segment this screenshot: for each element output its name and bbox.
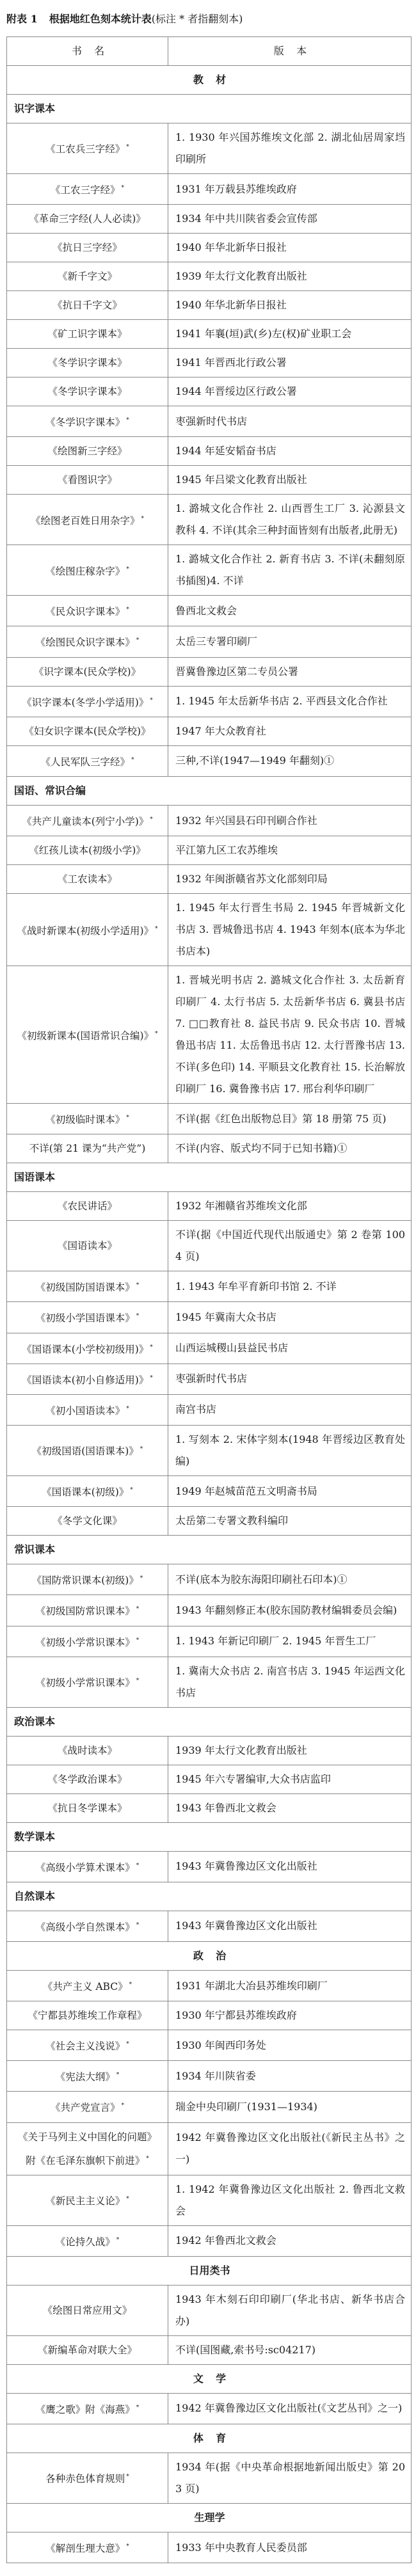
table-row: 《新千字文》1939 年太行文化教育出版社 bbox=[7, 262, 412, 291]
table-row: 《初级小学国语课本》*1945 年冀南大众书店 bbox=[7, 1302, 412, 1333]
version-cell: 1945 年冀南大众书店 bbox=[168, 1302, 412, 1333]
book-name: 《战时新课本(初级小学适用)》 bbox=[17, 925, 154, 937]
reprint-mark: * bbox=[140, 1575, 143, 1582]
book-name-cell: 《新民主主义论》* bbox=[7, 2175, 168, 2225]
table-row: 不详(第 21 课为“共产党”)不详(内容、版式均不同于已知书籍)① bbox=[7, 1134, 412, 1163]
version-cell: 1949 年赵城苗范五文明斋书局 bbox=[168, 1476, 412, 1507]
table-row: 《高级小学算术课本》*1943 年冀鲁豫边区文化出版社 bbox=[7, 1851, 412, 1882]
table-row: 《革命三字经(人人必读)》1934 年中共川陕省委会宣传部 bbox=[7, 205, 412, 234]
version-cell: 1. 1942 年冀鲁豫边区文化出版社 2. 鲁西北文救会 bbox=[168, 2175, 412, 2225]
table-row: 《工农读本》1932 年闽浙赣省苏文化部刻印局 bbox=[7, 865, 412, 894]
book-name: 《初级小学常识课本》 bbox=[36, 1677, 135, 1689]
book-name: 《国防常识课本(初级)》 bbox=[32, 1575, 139, 1586]
version-cell: 1930 年宁都县苏维埃政府 bbox=[168, 2001, 412, 2030]
table-row: 《鹰之歌》附《海燕》*1942 年冀鲁豫边区文化出版社(《文艺丛刊》之一) bbox=[7, 2393, 412, 2424]
book-name: 《绘图庄稼杂字》 bbox=[45, 566, 125, 577]
book-name-cell: 《冬学政治课本》 bbox=[7, 1765, 168, 1793]
version-cell: 不详(据《红色出版物总目》第 18 册第 75 页) bbox=[168, 1104, 412, 1134]
category-label: 体育 bbox=[193, 2432, 238, 2444]
book-name-cell: 《共产儿童读本(列宁小学)》* bbox=[7, 805, 168, 836]
book-name-cell: 《绘图新三字经》 bbox=[7, 437, 168, 466]
reprint-mark: * bbox=[136, 1863, 140, 1869]
book-name-cell: 《共产主义 ABC》* bbox=[7, 1970, 168, 2001]
reprint-mark: * bbox=[136, 1282, 140, 1289]
table-row: 《战时新课本(初级小学适用)》*1. 1945 年太行晋生书局 2. 1945 … bbox=[7, 894, 412, 966]
document-page: 附表 1根据地红色刻本统计表(标注 * 者指翻刻本) 书名 版本 教材识字课本《… bbox=[0, 0, 416, 2576]
version-cell: 1932 年湘赣省苏维埃文化部 bbox=[168, 1192, 412, 1221]
table-row: 《抗日三字经》1940 年华北新华日报社 bbox=[7, 234, 412, 262]
book-name: 《初级国防常识课本》 bbox=[36, 1606, 135, 1618]
table-row: 《妇女识字课本(民众学校)》1947 年大众教育社 bbox=[7, 717, 412, 745]
book-name-cell: 《初级国语(国语课本)》* bbox=[7, 1426, 168, 1476]
book-name: 《社会主义浅说》 bbox=[45, 2040, 125, 2052]
table-caption-title: 根据地红色刻本统计表 bbox=[49, 13, 152, 25]
reprint-mark: * bbox=[126, 2196, 129, 2202]
table-row: 《冬学识字课本》1944 年晋绥边区行政公署 bbox=[7, 378, 412, 406]
reprint-mark: * bbox=[122, 2103, 125, 2109]
reprint-mark: * bbox=[130, 1487, 133, 1493]
subcategory-row: 国语课本 bbox=[7, 1163, 412, 1192]
book-name: 各种赤色体育规则 bbox=[45, 2474, 125, 2485]
book-name: 《识字课本(民众学校)》 bbox=[34, 666, 141, 678]
version-cell: 1. 潞城文化合作社 2. 新育书店 3. 不详(未翻刻原书插图)4. 不详 bbox=[168, 545, 412, 596]
reprint-mark: * bbox=[116, 2237, 120, 2243]
table-row: 《初小国语读本》*南宫书店 bbox=[7, 1394, 412, 1425]
book-name: 《工农读本》 bbox=[58, 873, 117, 885]
version-cell: 1940 年华北新华日报社 bbox=[168, 234, 412, 262]
book-name: 《共产党宣言》 bbox=[51, 2103, 120, 2114]
reprint-mark: * bbox=[140, 1446, 143, 1452]
table-row: 《农民讲话》1932 年湘赣省苏维埃文化部 bbox=[7, 1192, 412, 1221]
book-name-cell: 《矿工识字课本》 bbox=[7, 320, 168, 349]
book-name-line: 附《在毛泽东旗帜下前进》* bbox=[10, 2148, 165, 2172]
table-row: 《初级国防常识课本》*1943 年翻刻修正本(胶东国防教材编辑委员会编) bbox=[7, 1595, 412, 1626]
book-name: 《冬学识字课本》 bbox=[45, 417, 125, 428]
category-cell: 生理学 bbox=[7, 2504, 412, 2532]
table-row: 《绘图庄稼杂字》*1. 潞城文化合作社 2. 新育书店 3. 不详(未翻刻原书插… bbox=[7, 545, 412, 596]
table-row: 《国语课本(小学校初级用)》*山西运城稷山县益民书店 bbox=[7, 1333, 412, 1364]
header-book-name: 书名 bbox=[7, 37, 168, 66]
subcategory-row: 识字课本 bbox=[7, 95, 412, 123]
version-cell: 南宫书店 bbox=[168, 1394, 412, 1425]
book-name: 《共产主义 ABC》 bbox=[43, 1981, 128, 1992]
book-name: 《初级小学国语课本》 bbox=[36, 1313, 135, 1324]
book-name-cell: 《国语读本(初小自修适用)》* bbox=[7, 1364, 168, 1394]
version-cell: 不详(内容、版式均不同于已知书籍)① bbox=[168, 1134, 412, 1163]
version-cell: 不详(底本为胶东海阳印刷社石印本)① bbox=[168, 1564, 412, 1595]
version-cell: 鲁西北文救会 bbox=[168, 596, 412, 626]
book-name-cell: 《抗日千字文》 bbox=[7, 291, 168, 320]
version-cell: 三种,不详(1947—1949 年翻刻)① bbox=[168, 745, 412, 776]
table-row: 《国语读本》不详(据《中国近代现代出版通史》第 2 卷第 1004 页) bbox=[7, 1221, 412, 1271]
reprint-mark: * bbox=[126, 607, 129, 613]
version-cell: 1933 年中央教育人民委员部 bbox=[168, 2532, 412, 2563]
book-name: 《民众识字课本》 bbox=[45, 606, 125, 617]
book-name-cell: 《冬学识字课本》* bbox=[7, 406, 168, 437]
table-row: 各种赤色体育规则*1934 年(据《中央革命根据地新闻出版史》第 203 页) bbox=[7, 2453, 412, 2504]
book-name: 《初级国语(国语课本)》 bbox=[32, 1446, 139, 1458]
reprint-mark: * bbox=[126, 144, 129, 150]
table-header-row: 书名 版本 bbox=[7, 37, 412, 66]
book-name-cell: 《关于马列主义中国化的问题》附《在毛泽东旗帜下前进》* bbox=[7, 2122, 168, 2175]
table-row: 《看图识字》1945 年吕梁文化教育出版社 bbox=[7, 466, 412, 495]
version-cell: 1943 年冀鲁豫边区文化出版社 bbox=[168, 1851, 412, 1882]
version-cell: 太岳三专署印刷厂 bbox=[168, 626, 412, 657]
book-name: 《绘图日常应用文》 bbox=[43, 2305, 132, 2316]
category-cell: 政治 bbox=[7, 1941, 412, 1970]
reprint-mark: * bbox=[126, 1406, 129, 1412]
category-cell: 教材 bbox=[7, 66, 412, 95]
book-name: 《高级小学自然课本》 bbox=[36, 1921, 135, 1933]
book-name-cell: 各种赤色体育规则* bbox=[7, 2453, 168, 2504]
category-label: 生理学 bbox=[194, 2511, 225, 2524]
table-row: 《论持久战》*1942 年鲁西北文救会 bbox=[7, 2225, 412, 2256]
table-row: 《绘图新三字经》1944 年延安韬奋书店 bbox=[7, 437, 412, 466]
version-cell: 山西运城稷山县益民书店 bbox=[168, 1333, 412, 1364]
book-name: 《初级新课本(国语常识合编)》 bbox=[17, 1030, 154, 1042]
book-name: 《绘图民众识字课本》 bbox=[36, 637, 135, 649]
version-cell: 1932 年兴国县石印刊刷合作社 bbox=[168, 805, 412, 836]
version-cell: 瑞金中央印刷厂(1931—1934) bbox=[168, 2092, 412, 2122]
subcategory-row: 常识课本 bbox=[7, 1536, 412, 1564]
table-row: 《冬学政治课本》1945 年六专署编审,大众书店监印 bbox=[7, 1765, 412, 1793]
book-name: 《冬学识字课本》 bbox=[47, 357, 127, 369]
category-label: 日用类书 bbox=[189, 2264, 230, 2277]
version-cell: 1945 年六专署编审,大众书店监印 bbox=[168, 1765, 412, 1793]
reprint-mark: * bbox=[150, 1375, 153, 1381]
reprint-mark: * bbox=[141, 516, 145, 522]
header-book-name-label: 书名 bbox=[72, 45, 116, 57]
version-cell: 1. 1943 年牟平育新印书馆 2. 不详 bbox=[168, 1271, 412, 1302]
book-name: 不详(第 21 课为“共产党”) bbox=[29, 1143, 146, 1154]
version-cell: 枣强新时代书店 bbox=[168, 406, 412, 437]
book-name-cell: 《论持久战》* bbox=[7, 2225, 168, 2256]
subcategory-label: 常识课本 bbox=[7, 1536, 412, 1564]
reprint-mark: * bbox=[131, 757, 134, 763]
reprint-mark: * bbox=[150, 1344, 153, 1351]
table-row: 《初级小学常识课本》*1. 1943 年新记印刷厂 2. 1945 年晋生工厂 bbox=[7, 1626, 412, 1657]
subcategory-label: 自然课本 bbox=[7, 1882, 412, 1911]
version-cell: 1943 年鲁西北文救会 bbox=[168, 1793, 412, 1822]
table-caption: 附表 1根据地红色刻本统计表(标注 * 者指翻刻本) bbox=[6, 13, 410, 26]
book-name-cell: 《抗日冬学课本》 bbox=[7, 1793, 168, 1822]
reprint-mark: * bbox=[150, 816, 153, 823]
book-name-cell: 《初级国防常识课本》* bbox=[7, 1595, 168, 1626]
book-name-cell: 《鹰之歌》附《海燕》* bbox=[7, 2393, 168, 2424]
book-name-cell: 《识字课本(冬学小学适用)》* bbox=[7, 686, 168, 717]
book-name: 《冬学识字课本》 bbox=[47, 386, 127, 397]
version-cell: 1941 年晋西北行政公署 bbox=[168, 349, 412, 378]
subcategory-label: 国语、常识合编 bbox=[7, 776, 412, 805]
book-name-cell: 《冬学文化课》 bbox=[7, 1507, 168, 1536]
book-name-cell: 《绘图庄稼杂字》* bbox=[7, 545, 168, 596]
category-label: 文学 bbox=[193, 2373, 238, 2385]
table-row: 《国防常识课本(初级)》*不详(底本为胶东海阳印刷社石印本)① bbox=[7, 1564, 412, 1595]
table-row: 《矿工识字课本》1941 年襄(垣)武(乡)左(权)矿业职工会 bbox=[7, 320, 412, 349]
table-caption-label: 附表 1 bbox=[6, 13, 38, 25]
version-cell: 平江第九区工农苏维埃 bbox=[168, 836, 412, 865]
book-name: 《革命三字经(人人必读)》 bbox=[29, 213, 146, 225]
version-cell: 1. 1945 年太岳新华书店 2. 平西县文化合作社 bbox=[168, 686, 412, 717]
version-cell: 1939 年太行文化教育出版社 bbox=[168, 262, 412, 291]
table-row: 《国语课本(初级)》*1949 年赵城苗范五文明斋书局 bbox=[7, 1476, 412, 1507]
book-name-cell: 《看图识字》 bbox=[7, 466, 168, 495]
book-name: 《新千字文》 bbox=[58, 271, 117, 282]
book-name-cell: 《民众识字课本》* bbox=[7, 596, 168, 626]
subcategory-row: 数学课本 bbox=[7, 1822, 412, 1851]
category-row: 生理学 bbox=[7, 2504, 412, 2532]
book-name: 《解剖生理大意》 bbox=[45, 2543, 125, 2554]
book-name-cell: 《战时新课本(初级小学适用)》* bbox=[7, 894, 168, 966]
book-name: 《冬学政治课本》 bbox=[47, 1774, 127, 1785]
table-row: 《初级新课本(国语常识合编)》*1. 晋城光明书店 2. 潞城文化合作社 3. … bbox=[7, 966, 412, 1104]
reprint-mark: * bbox=[122, 185, 125, 191]
book-name-cell: 《国语读本》 bbox=[7, 1221, 168, 1271]
version-cell: 枣强新时代书店 bbox=[168, 1364, 412, 1394]
book-name-cell: 《识字课本(民众学校)》 bbox=[7, 657, 168, 686]
header-version: 版本 bbox=[168, 37, 412, 66]
book-name: 《新编革命对联大全》 bbox=[38, 2344, 137, 2356]
table-caption-note: (标注 * 者指翻刻本) bbox=[152, 13, 243, 25]
subcategory-label: 数学课本 bbox=[7, 1822, 412, 1851]
book-name: 《宁都县苏维埃工作章程》 bbox=[28, 2010, 147, 2021]
reprint-mark: * bbox=[126, 417, 129, 424]
table-body: 教材识字课本《工农兵三字经》*1. 1930 年兴国苏维埃文化部 2. 湖北仙居… bbox=[7, 66, 412, 2563]
book-name-cell: 《初级新课本(国语常识合编)》* bbox=[7, 966, 168, 1104]
version-cell: 1944 年晋绥边区行政公署 bbox=[168, 378, 412, 406]
reprint-mark: * bbox=[136, 2405, 140, 2411]
table-row: 《共产党宣言》*瑞金中央印刷厂(1931—1934) bbox=[7, 2092, 412, 2122]
category-label: 教材 bbox=[193, 74, 238, 86]
book-name: 《抗日千字文》 bbox=[52, 299, 122, 311]
reprint-mark: * bbox=[136, 1922, 140, 1928]
table-row: 《共产主义 ABC》*1931 年湖北大冶县苏维埃印刷厂 bbox=[7, 1970, 412, 2001]
book-name-cell: 《国防常识课本(初级)》* bbox=[7, 1564, 168, 1595]
table-row: 《红孩儿读本(初级小学)》平江第九区工农苏维埃 bbox=[7, 836, 412, 865]
red-woodblock-statistics-table: 书名 版本 教材识字课本《工农兵三字经》*1. 1930 年兴国苏维埃文化部 2… bbox=[6, 36, 412, 2563]
version-cell: 1942 年鲁西北文救会 bbox=[168, 2225, 412, 2256]
book-name: 《看图识字》 bbox=[58, 474, 117, 486]
book-name: 《国语读本》 bbox=[58, 1240, 117, 1252]
version-cell: 1. 潞城文化合作社 2. 山西晋生工厂 3. 沁源县文教科 4. 不详(其余三… bbox=[168, 495, 412, 545]
book-name: 《国语课本(小学校初级用)》 bbox=[22, 1344, 148, 1355]
book-name-cell: 《工农读本》 bbox=[7, 865, 168, 894]
book-name: 《人民军队三字经》 bbox=[40, 756, 130, 768]
version-cell: 1945 年吕梁文化教育出版社 bbox=[168, 466, 412, 495]
category-row: 教材 bbox=[7, 66, 412, 95]
reprint-mark: * bbox=[116, 2072, 120, 2078]
book-name-cell: 《人民军队三字经》* bbox=[7, 745, 168, 776]
version-cell: 1941 年襄(垣)武(乡)左(权)矿业职工会 bbox=[168, 320, 412, 349]
header-version-label: 版本 bbox=[274, 45, 319, 57]
subcategory-row: 政治课本 bbox=[7, 1707, 412, 1736]
table-row: 《冬学文化课》太岳第二专署文教科编印 bbox=[7, 1507, 412, 1536]
reprint-mark: * bbox=[126, 2041, 129, 2047]
book-name-cell: 《高级小学自然课本》* bbox=[7, 1911, 168, 1941]
table-row: 《国语读本(初小自修适用)》*枣强新时代书店 bbox=[7, 1364, 412, 1394]
category-cell: 日用类书 bbox=[7, 2256, 412, 2285]
book-name: 《共产儿童读本(列宁小学)》 bbox=[22, 816, 148, 827]
version-cell: 1. 1943 年新记印刷厂 2. 1945 年晋生工厂 bbox=[168, 1626, 412, 1657]
book-name-cell: 《宁都县苏维埃工作章程》 bbox=[7, 2001, 168, 2030]
table-row: 《识字课本(冬学小学适用)》*1. 1945 年太岳新华书店 2. 平西县文化合… bbox=[7, 686, 412, 717]
book-name-cell: 《新编革命对联大全》 bbox=[7, 2335, 168, 2364]
table-row: 《绘图民众识字课本》*太岳三专署印刷厂 bbox=[7, 626, 412, 657]
version-cell: 1943 年翻刻修正本(胶东国防教材编辑委员会编) bbox=[168, 1595, 412, 1626]
table-row: 《共产儿童读本(列宁小学)》*1932 年兴国县石印刊刷合作社 bbox=[7, 805, 412, 836]
book-name-cell: 《社会主义浅说》* bbox=[7, 2030, 168, 2061]
version-cell: 1934 年(据《中央革命根据地新闻出版史》第 203 页) bbox=[168, 2453, 412, 2504]
category-cell: 体育 bbox=[7, 2424, 412, 2453]
reprint-mark: * bbox=[129, 1982, 132, 1988]
book-name: 《高级小学算术课本》 bbox=[36, 1862, 135, 1873]
category-row: 体育 bbox=[7, 2424, 412, 2453]
table-row: 《人民军队三字经》*三种,不详(1947—1949 年翻刻)① bbox=[7, 745, 412, 776]
version-cell: 1. 晋城光明书店 2. 潞城文化合作社 3. 太岳新育印刷厂 4. 太行书店 … bbox=[168, 966, 412, 1104]
version-cell: 1947 年大众教育社 bbox=[168, 717, 412, 745]
book-name: 《工农三字经》 bbox=[51, 184, 120, 196]
table-row: 《关于马列主义中国化的问题》附《在毛泽东旗帜下前进》*1942 年冀鲁豫边区文化… bbox=[7, 2122, 412, 2175]
book-name-cell: 《绘图日常应用文》 bbox=[7, 2285, 168, 2335]
category-label: 政治 bbox=[193, 1950, 238, 1962]
book-name: 《妇女识字课本(民众学校)》 bbox=[24, 726, 150, 737]
table-row: 《冬学识字课本》*枣强新时代书店 bbox=[7, 406, 412, 437]
table-row: 《初级国语(国语课本)》*1. 写刻本 2. 宋体字刻本(1948 年晋绥边区教… bbox=[7, 1426, 412, 1476]
reprint-mark: * bbox=[136, 1313, 140, 1319]
reprint-mark: * bbox=[126, 2474, 129, 2480]
version-cell: 1934 年中共川陕省委会宣传部 bbox=[168, 205, 412, 234]
subcategory-label: 识字课本 bbox=[7, 95, 412, 123]
book-name: 《新民主主义论》 bbox=[45, 2195, 125, 2207]
book-name: 《初级国防国语课本》 bbox=[36, 1282, 135, 1293]
book-name-cell: 《解剖生理大意》* bbox=[7, 2532, 168, 2563]
book-name-cell: 《妇女识字课本(民众学校)》 bbox=[7, 717, 168, 745]
reprint-mark: * bbox=[136, 1606, 140, 1612]
book-name-cell: 《战时读本》 bbox=[7, 1736, 168, 1765]
reprint-mark: * bbox=[150, 697, 153, 704]
version-cell: 不详(国图藏,索书号:sc04217) bbox=[168, 2335, 412, 2364]
category-row: 政治 bbox=[7, 1941, 412, 1970]
table-row: 《工农兵三字经》*1. 1930 年兴国苏维埃文化部 2. 湖北仙居周家垱印刷所 bbox=[7, 123, 412, 174]
table-row: 《解剖生理大意》*1933 年中央教育人民委员部 bbox=[7, 2532, 412, 2563]
table-row: 《绘图日常应用文》1943 年木刻石印印刷厂(华北书店、新华书店合办) bbox=[7, 2285, 412, 2335]
book-name: 《矿工识字课本》 bbox=[47, 328, 127, 340]
book-name-cell: 《工农兵三字经》* bbox=[7, 123, 168, 174]
table-row: 《社会主义浅说》*1930 年闽西印务处 bbox=[7, 2030, 412, 2061]
version-cell: 1. 1945 年太行晋生书局 2. 1945 年晋城新文化书店 3. 晋城鲁迅… bbox=[168, 894, 412, 966]
version-cell: 1. 冀南大众书店 2. 南宫书店 3. 1945 年运西文化书店 bbox=[168, 1657, 412, 1707]
table-row: 《初级临时课本》*不详(据《红色出版物总目》第 18 册第 75 页) bbox=[7, 1104, 412, 1134]
version-cell: 晋冀鲁豫边区第二专员公署 bbox=[168, 657, 412, 686]
book-name-cell: 《初级小学常识课本》* bbox=[7, 1626, 168, 1657]
book-name: 《宪法大纲》 bbox=[56, 2071, 115, 2083]
book-name: 《鹰之歌》附《海燕》 bbox=[36, 2404, 135, 2415]
table-row: 《工农三字经》*1931 年万载县苏维埃政府 bbox=[7, 174, 412, 205]
book-name-cell: 《绘图老百姓日用杂字》* bbox=[7, 495, 168, 545]
reprint-mark: * bbox=[146, 2156, 149, 2162]
book-name: 《工农兵三字经》 bbox=[45, 144, 125, 155]
subcategory-label: 政治课本 bbox=[7, 1707, 412, 1736]
book-name-cell: 《革命三字经(人人必读)》 bbox=[7, 205, 168, 234]
book-name-cell: 《初级小学常识课本》* bbox=[7, 1657, 168, 1707]
book-name-cell: 《工农三字经》* bbox=[7, 174, 168, 205]
table-row: 《宁都县苏维埃工作章程》1930 年宁都县苏维埃政府 bbox=[7, 2001, 412, 2030]
version-cell: 不详(据《中国近代现代出版通史》第 2 卷第 1004 页) bbox=[168, 1221, 412, 1271]
category-row: 日用类书 bbox=[7, 2256, 412, 2285]
book-name: 《论持久战》 bbox=[56, 2236, 115, 2248]
version-cell: 1931 年万载县苏维埃政府 bbox=[168, 174, 412, 205]
book-name: 《国语课本(初级)》 bbox=[42, 1486, 129, 1498]
reprint-mark: * bbox=[155, 1031, 158, 1037]
reprint-mark: * bbox=[136, 1637, 140, 1644]
book-name-cell: 《国语课本(小学校初级用)》* bbox=[7, 1333, 168, 1364]
category-row: 文学 bbox=[7, 2364, 412, 2393]
book-name-cell: 《冬学识字课本》 bbox=[7, 349, 168, 378]
book-name-line: 《关于马列主义中国化的问题》 bbox=[10, 2126, 165, 2148]
version-cell: 太岳第二专署文教科编印 bbox=[168, 1507, 412, 1536]
reprint-mark: * bbox=[126, 566, 129, 573]
version-cell: 1. 1930 年兴国苏维埃文化部 2. 湖北仙居周家垱印刷所 bbox=[168, 123, 412, 174]
book-name: 《农民讲话》 bbox=[58, 1200, 117, 1212]
book-name: 《抗日三字经》 bbox=[52, 242, 122, 253]
book-name-cell: 《初级国防国语课本》* bbox=[7, 1271, 168, 1302]
book-name-cell: 《冬学识字课本》 bbox=[7, 378, 168, 406]
table-row: 《识字课本(民众学校)》晋冀鲁豫边区第二专员公署 bbox=[7, 657, 412, 686]
book-name-cell: 《宪法大纲》* bbox=[7, 2061, 168, 2092]
table-row: 《冬学识字课本》1941 年晋西北行政公署 bbox=[7, 349, 412, 378]
version-cell: 1930 年闽西印务处 bbox=[168, 2030, 412, 2061]
category-cell: 文学 bbox=[7, 2364, 412, 2393]
table-row: 《宪法大纲》*1934 年川陕省委 bbox=[7, 2061, 412, 2092]
reprint-mark: * bbox=[126, 1115, 129, 1121]
table-row: 《绘图老百姓日用杂字》*1. 潞城文化合作社 2. 山西晋生工厂 3. 沁源县文… bbox=[7, 495, 412, 545]
book-name-cell: 不详(第 21 课为“共产党”) bbox=[7, 1134, 168, 1163]
book-name: 《红孩儿读本(初级小学)》 bbox=[29, 845, 146, 856]
version-cell: 1944 年延安韬奋书店 bbox=[168, 437, 412, 466]
book-name: 《战时读本》 bbox=[58, 1745, 117, 1756]
book-name-cell: 《红孩儿读本(初级小学)》 bbox=[7, 836, 168, 865]
book-name-cell: 《新千字文》 bbox=[7, 262, 168, 291]
subcategory-row: 自然课本 bbox=[7, 1882, 412, 1911]
table-row: 《民众识字课本》*鲁西北文救会 bbox=[7, 596, 412, 626]
book-name: 《冬学文化课》 bbox=[52, 1515, 122, 1527]
reprint-mark: * bbox=[136, 1678, 140, 1684]
book-name-cell: 《共产党宣言》* bbox=[7, 2092, 168, 2122]
table-row: 《抗日冬学课本》1943 年鲁西北文救会 bbox=[7, 1793, 412, 1822]
book-name: 《初级小学常识课本》 bbox=[36, 1637, 135, 1648]
book-name: 《识字课本(冬学小学适用)》 bbox=[22, 697, 148, 708]
table-row: 《初级小学常识课本》*1. 冀南大众书店 2. 南宫书店 3. 1945 年运西… bbox=[7, 1657, 412, 1707]
book-name: 《绘图老百姓日用杂字》 bbox=[31, 515, 140, 527]
book-name-cell: 《初小国语读本》* bbox=[7, 1394, 168, 1425]
version-cell: 1940 年华北新华日报社 bbox=[168, 291, 412, 320]
book-name-cell: 《农民讲话》 bbox=[7, 1192, 168, 1221]
book-name: 《初小国语读本》 bbox=[45, 1405, 125, 1417]
book-name: 《国语读本(初小自修适用)》 bbox=[22, 1374, 148, 1386]
table-row: 《高级小学自然课本》*1943 年冀鲁豫边区文化出版社 bbox=[7, 1911, 412, 1941]
version-cell: 1931 年湖北大冶县苏维埃印刷厂 bbox=[168, 1970, 412, 2001]
table-row: 《新编革命对联大全》不详(国图藏,索书号:sc04217) bbox=[7, 2335, 412, 2364]
subcategory-row: 国语、常识合编 bbox=[7, 776, 412, 805]
reprint-mark: * bbox=[136, 637, 140, 644]
table-row: 《抗日千字文》1940 年华北新华日报社 bbox=[7, 291, 412, 320]
version-cell: 1942 年冀鲁豫边区文化出版社(《新民主丛书》之一) bbox=[168, 2122, 412, 2175]
table-row: 《初级国防国语课本》*1. 1943 年牟平育新印书馆 2. 不详 bbox=[7, 1271, 412, 1302]
book-name-cell: 《抗日三字经》 bbox=[7, 234, 168, 262]
book-name-cell: 《初级小学国语课本》* bbox=[7, 1302, 168, 1333]
book-name: 《初级临时课本》 bbox=[45, 1114, 125, 1125]
book-name: 《抗日冬学课本》 bbox=[47, 1802, 127, 1814]
